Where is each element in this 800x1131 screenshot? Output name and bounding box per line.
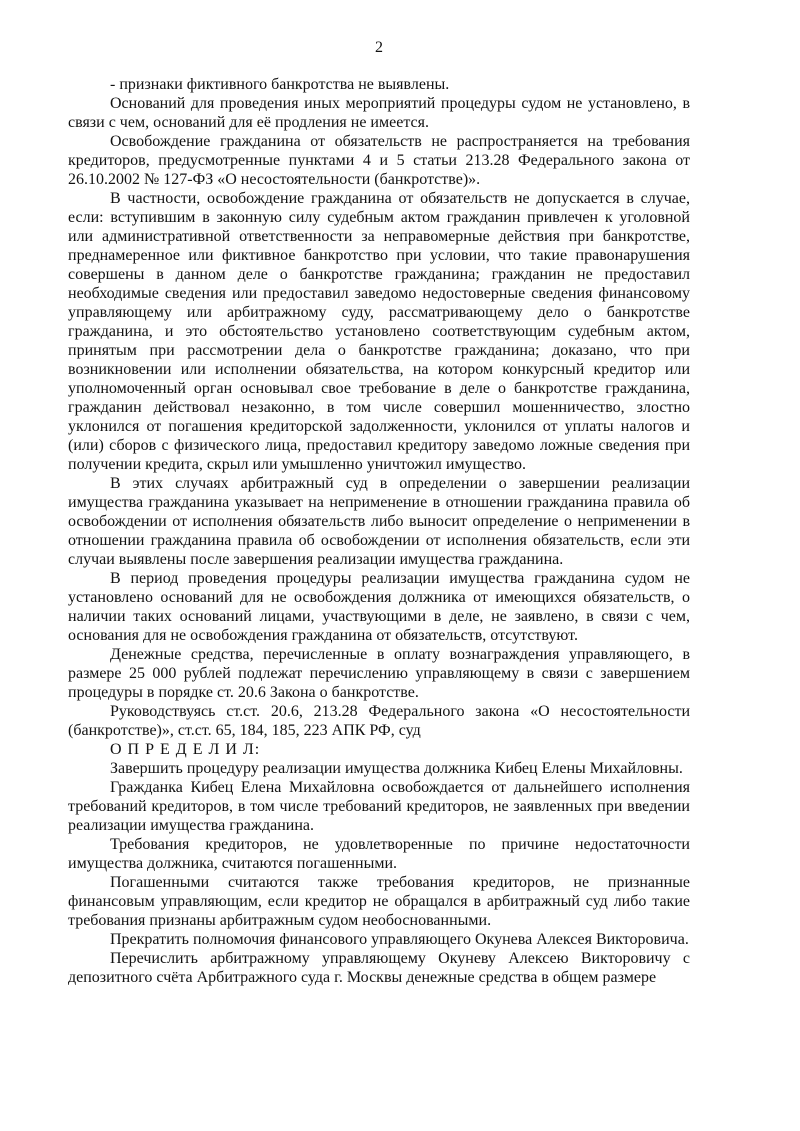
finding-paragraph: Освобождение гражданина от обязательств …: [68, 132, 690, 189]
ruling-paragraph: Гражданка Кибец Елена Михайловна освобож…: [68, 778, 690, 835]
finding-paragraph: Оснований для проведения иных мероприяти…: [68, 94, 690, 132]
ruling-paragraph: Завершить процедуру реализации имущества…: [68, 759, 690, 778]
document-body: - признаки фиктивного банкротства не выя…: [68, 75, 690, 987]
ruling-paragraph: Прекратить полномочия финансового управл…: [68, 930, 690, 949]
finding-paragraph: В этих случаях арбитражный суд в определ…: [68, 474, 690, 569]
finding-paragraph: Руководствуясь ст.ст. 20.6, 213.28 Федер…: [68, 702, 690, 740]
finding-paragraph: В частности, освобождение гражданина от …: [68, 189, 690, 474]
finding-paragraph: В период проведения процедуры реализации…: [68, 569, 690, 645]
ruling-paragraph: Требования кредиторов, не удовлетворенны…: [68, 835, 690, 873]
ruling-paragraph: Перечислить арбитражному управляющему Ок…: [68, 949, 690, 987]
page-number: 2: [68, 38, 690, 57]
document-page: 2 - признаки фиктивного банкротства не в…: [0, 0, 800, 1131]
finding-paragraph: Денежные средства, перечисленные в оплат…: [68, 645, 690, 702]
ruling-heading: О П Р Е Д Е Л И Л:: [68, 740, 690, 759]
finding-paragraph: - признаки фиктивного банкротства не выя…: [68, 75, 690, 94]
ruling-paragraph: Погашенными считаются также требования к…: [68, 873, 690, 930]
